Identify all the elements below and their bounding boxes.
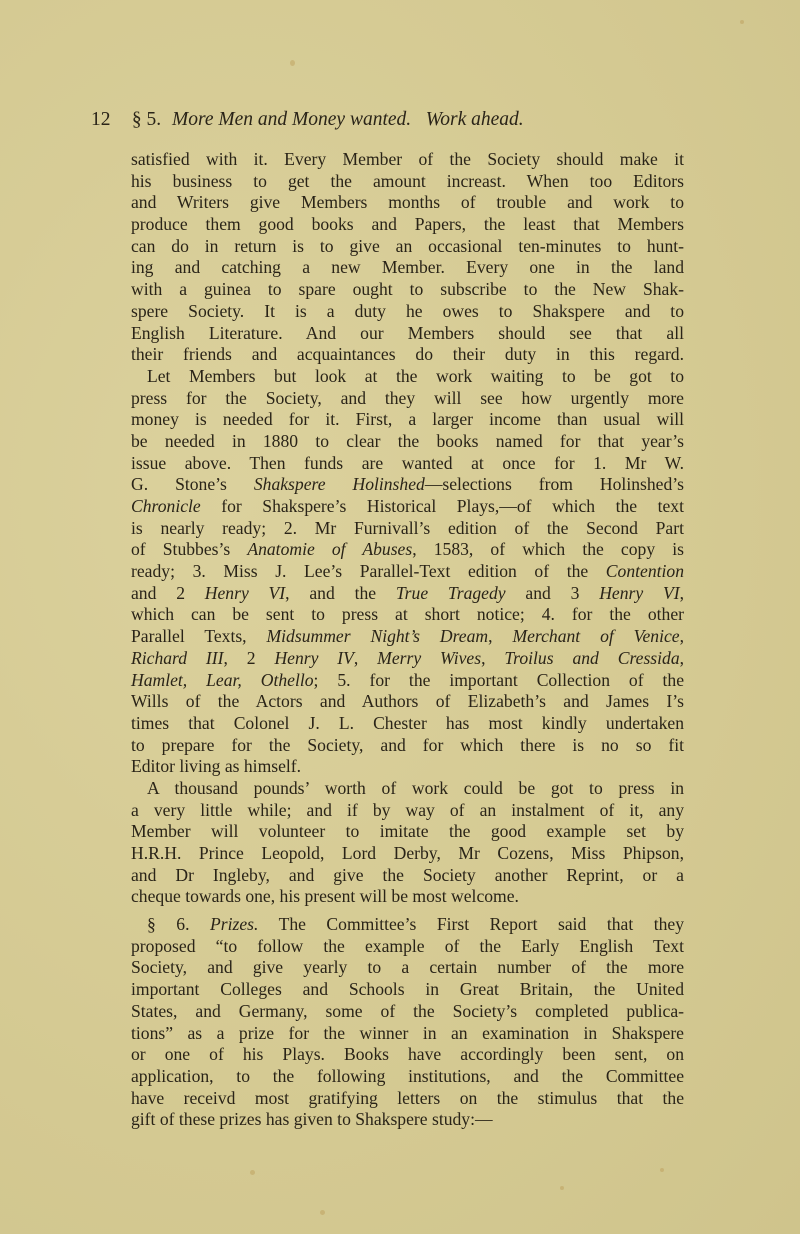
section-mark: § 5.	[132, 109, 161, 130]
running-head: 12 § 5. More Men and Money wanted. Work …	[91, 108, 691, 132]
body-text: satisfied with it. Every Member of the S…	[131, 149, 684, 1131]
running-subtitle: Work ahead.	[426, 109, 524, 130]
text-line: Richard III, 2 Henry IV, Merry Wives, Tr…	[131, 648, 684, 670]
section-title: Prizes.	[210, 914, 258, 934]
text-line: States, and Germany, some of the Society…	[131, 1001, 684, 1023]
text-line: and 2 Henry VI, and the True Tragedy and…	[131, 583, 684, 605]
text-line: application, to the following institutio…	[131, 1066, 684, 1088]
book-title: Anatomie of Abuses	[247, 539, 412, 559]
text-line: of Stubbes’s Anatomie of Abuses, 1583, o…	[131, 539, 684, 561]
book-title: Henry IV	[274, 648, 353, 668]
text-run: ,	[680, 648, 684, 668]
text-line: Society, and give yearly to a certain nu…	[131, 957, 684, 979]
book-title: Troilus and Cressida	[504, 648, 679, 668]
text-run: ; 5. for the important Collection of the	[314, 670, 684, 690]
text-run: The Committee’s First Report said that t…	[258, 914, 684, 934]
section-heading-line: § 6. Prizes. The Committee’s First Repor…	[131, 914, 684, 936]
text-run: and 3	[506, 583, 600, 603]
text-line: important Colleges and Schools in Great …	[131, 979, 684, 1001]
book-title: Merchant of Venice	[512, 626, 679, 646]
text-line: their friends and acquaintances do their…	[131, 344, 684, 366]
text-line: and Dr Ingleby, and give the Society ano…	[131, 865, 684, 887]
paragraph-end-line: gift of these prizes has given to Shaksp…	[131, 1109, 684, 1131]
text-line: G. Stone’s Shakspere Holinshed—selection…	[131, 474, 684, 496]
text-line: press for the Society, and they will see…	[131, 388, 684, 410]
book-title: Henry VI	[205, 583, 285, 603]
page-number: 12	[91, 108, 127, 132]
text-line: to prepare for the Society, and for whic…	[131, 735, 684, 757]
text-line: Parallel Texts, Midsummer Night’s Dream,…	[131, 626, 684, 648]
book-title: Hamlet, Lear, Othello	[131, 670, 314, 690]
text-line: his business to get the amount increast.…	[131, 171, 684, 193]
text-line: a very little while; and if by way of an…	[131, 800, 684, 822]
text-line: Chronicle for Shakspere’s Historical Pla…	[131, 496, 684, 518]
text-line: H.R.H. Prince Leopold, Lord Derby, Mr Co…	[131, 843, 684, 865]
text-line: be needed in 1880 to clear the books nam…	[131, 431, 684, 453]
text-run: ,	[680, 626, 684, 646]
text-line: spere Society. It is a duty he owes to S…	[131, 301, 684, 323]
text-run: of Stubbes’s	[131, 539, 247, 559]
text-line: proposed “to follow the example of the E…	[131, 936, 684, 958]
text-run: ,	[680, 583, 684, 603]
text-line: with a guinea to spare ought to subscrib…	[131, 279, 684, 301]
text-run: G. Stone’s	[131, 474, 254, 494]
text-line: issue above. Then funds are wanted at on…	[131, 453, 684, 475]
text-line: and Writers give Members months of troub…	[131, 192, 684, 214]
foxing-spot	[250, 1170, 255, 1175]
running-title: More Men and Money wanted.	[172, 109, 411, 130]
book-title: Shakspere Holinshed	[254, 474, 425, 494]
text-line: can do in return is to give an occasiona…	[131, 236, 684, 258]
text-run: , 1583, of which the copy is	[412, 539, 684, 559]
book-page: 12 § 5. More Men and Money wanted. Work …	[0, 0, 800, 1234]
book-title: Contention	[606, 561, 684, 581]
foxing-spot	[290, 60, 295, 66]
text-line: satisfied with it. Every Member of the S…	[131, 149, 684, 171]
text-run: Parallel Texts,	[131, 626, 267, 646]
text-line: Hamlet, Lear, Othello; 5. for the import…	[131, 670, 684, 692]
text-line: Member will volunteer to imitate the goo…	[131, 821, 684, 843]
text-line: which can be sent to press at short noti…	[131, 604, 684, 626]
text-run: for Shakspere’s Historical Plays,—of whi…	[201, 496, 684, 516]
text-run: , 2	[223, 648, 274, 668]
text-line: have receivd most gratifying letters on …	[131, 1088, 684, 1110]
paragraph-start-line: Let Members but look at the work waiting…	[131, 366, 684, 388]
text-line: ready; 3. Miss J. Lee’s Parallel-Text ed…	[131, 561, 684, 583]
paragraph-end-line: Editor living as himself.	[131, 756, 684, 778]
book-title: Merry Wives	[377, 648, 481, 668]
text-run: ready; 3. Miss J. Lee’s Parallel-Text ed…	[131, 561, 606, 581]
foxing-spot	[740, 20, 744, 24]
paragraph-start-line: A thousand pounds’ worth of work could b…	[131, 778, 684, 800]
text-line: money is needed for it. First, a larger …	[131, 409, 684, 431]
text-run: —selections from Holinshed’s	[425, 474, 684, 494]
foxing-spot	[320, 1210, 325, 1215]
foxing-spot	[560, 1186, 564, 1190]
section-mark: § 6.	[147, 914, 210, 934]
text-run: ,	[488, 626, 512, 646]
text-line: tions” as a prize for the winner in an e…	[131, 1023, 684, 1045]
text-run: and 2	[131, 583, 205, 603]
text-line: Wills of the Actors and Authors of Eliza…	[131, 691, 684, 713]
text-line: is nearly ready; 2. Mr Furnivall’s editi…	[131, 518, 684, 540]
paragraph-end-line: cheque towards one, his present will be …	[131, 886, 684, 908]
text-run: ,	[354, 648, 377, 668]
text-run: , and the	[285, 583, 396, 603]
book-title: Henry VI	[599, 583, 679, 603]
book-title: True Tragedy	[396, 583, 506, 603]
text-run: ,	[481, 648, 504, 668]
book-title: Chronicle	[131, 496, 201, 516]
text-line: or one of his Plays. Books have accordin…	[131, 1044, 684, 1066]
foxing-spot	[660, 1168, 664, 1172]
book-title: Midsummer Night’s Dream	[267, 626, 489, 646]
text-line: produce them good books and Papers, the …	[131, 214, 684, 236]
book-title: Richard III	[131, 648, 223, 668]
text-line: times that Colonel J. L. Chester has mos…	[131, 713, 684, 735]
text-line: ing and catching a new Member. Every one…	[131, 257, 684, 279]
text-line: English Literature. And our Members shou…	[131, 323, 684, 345]
